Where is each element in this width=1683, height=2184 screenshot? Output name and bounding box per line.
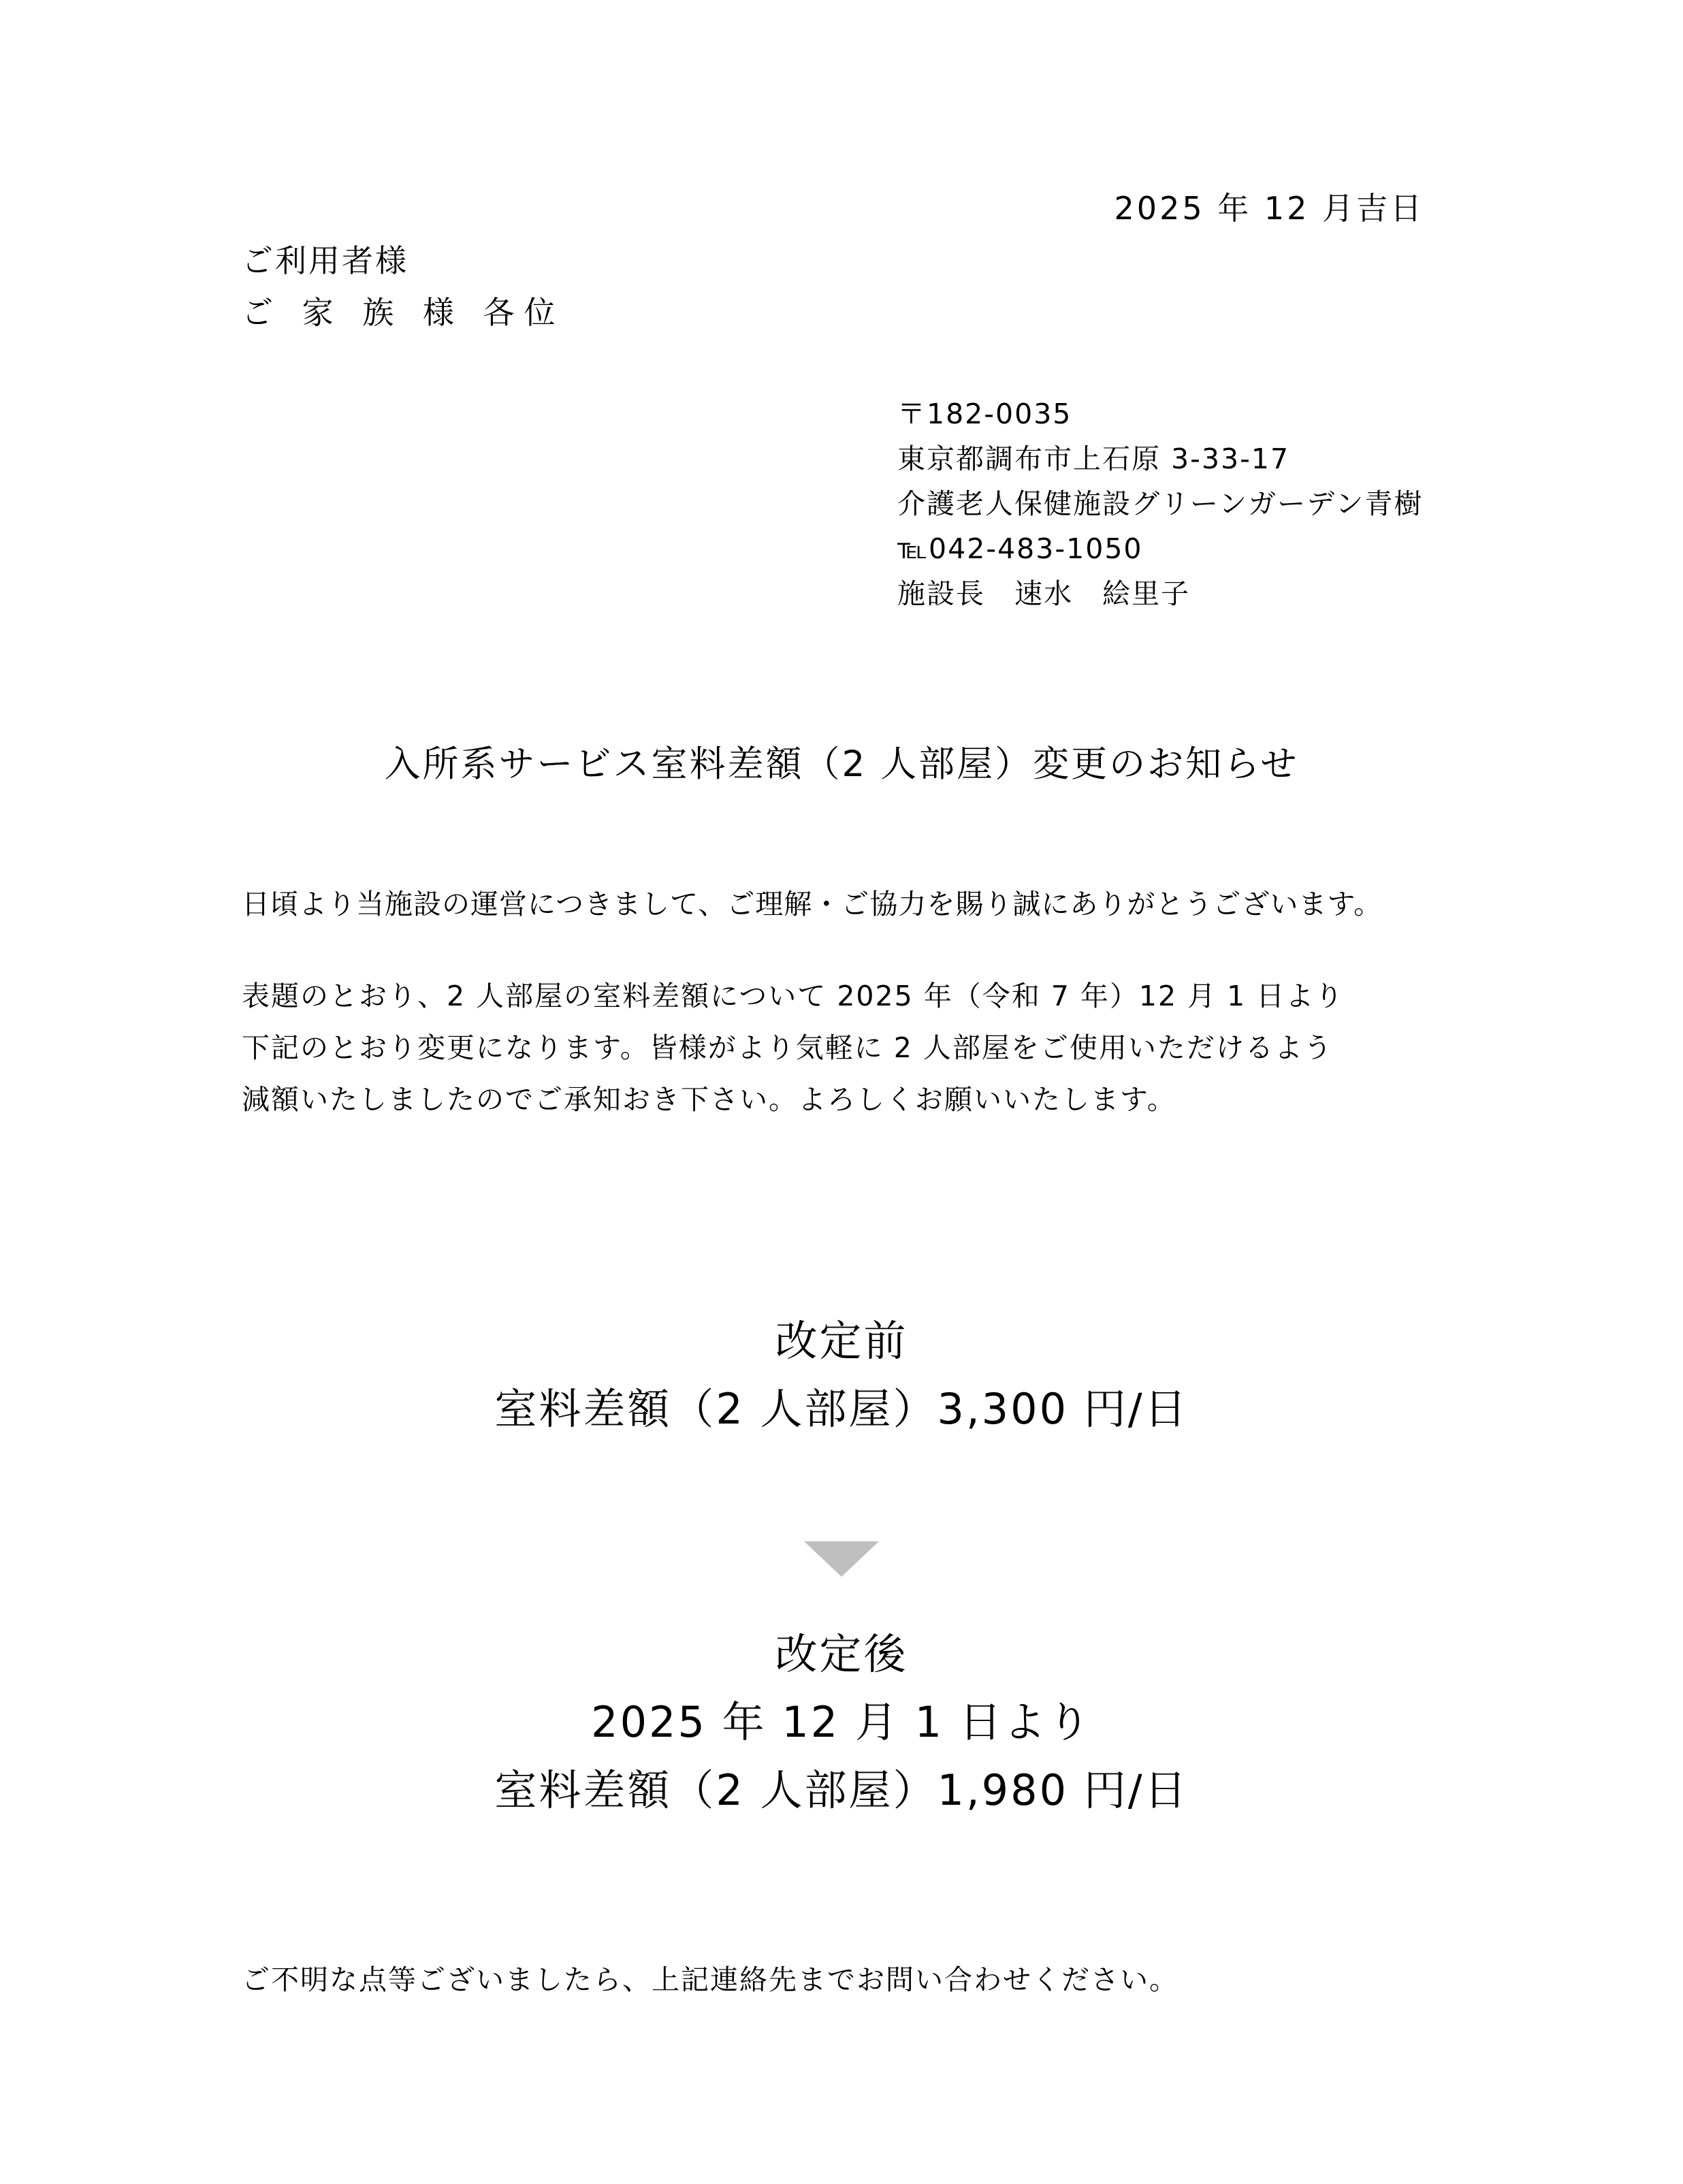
body-line: 下記のとおり変更になります。皆様がより気軽に 2 人部屋をご使用いただけるよう [242, 1022, 1344, 1074]
sender-block: 〒182-0035 東京都調布市上石原 3-33-17 介護老人保健施設グリーン… [897, 391, 1423, 616]
recipient-users: ご利用者様 [242, 235, 565, 287]
document-date: 2025 年 12 月吉日 [1115, 184, 1424, 229]
after-revision-block: 改定後 2025 年 12 月 1 日より 室料差額（2 人部屋）1,980 円… [0, 1620, 1683, 1825]
body-paragraph: 表題のとおり、2 人部屋の室料差額について 2025 年（令和 7 年）12 月… [242, 970, 1344, 1125]
before-revision-block: 改定前 室料差額（2 人部屋）3,300 円/日 [0, 1307, 1683, 1443]
before-price: 室料差額（2 人部屋）3,300 円/日 [0, 1375, 1683, 1443]
recipients-block: ご利用者様 ご 家 族 様 各位 [242, 235, 565, 338]
sender-director: 施設長 速水 絵里子 [897, 571, 1423, 616]
body-line: 表題のとおり、2 人部屋の室料差額について 2025 年（令和 7 年）12 月… [242, 970, 1344, 1022]
before-label: 改定前 [0, 1307, 1683, 1375]
sender-tel: ℡042-483-1050 [897, 526, 1423, 571]
down-triangle-icon [804, 1541, 879, 1577]
greeting-paragraph: 日頃より当施設の運営につきまして、ご理解・ご協力を賜り誠にありがとうございます。 [242, 882, 1382, 922]
sender-facility-name: 介護老人保健施設グリーンガーデン青樹 [897, 481, 1423, 526]
closing-paragraph: ご不明な点等ございましたら、上記連絡先までお問い合わせください。 [242, 1957, 1179, 1997]
after-effective-date: 2025 年 12 月 1 日より [0, 1688, 1683, 1756]
sender-address: 東京都調布市上石原 3-33-17 [897, 436, 1423, 481]
document-title: 入所系サービス室料差額（2 人部屋）変更のお知らせ [0, 735, 1683, 787]
after-price: 室料差額（2 人部屋）1,980 円/日 [0, 1756, 1683, 1825]
body-line: 減額いたしましたのでご承知おき下さい。よろしくお願いいたします。 [242, 1074, 1344, 1125]
recipient-families: ご 家 族 様 各位 [242, 287, 565, 338]
after-label: 改定後 [0, 1620, 1683, 1688]
sender-postal-code: 〒182-0035 [897, 391, 1423, 436]
